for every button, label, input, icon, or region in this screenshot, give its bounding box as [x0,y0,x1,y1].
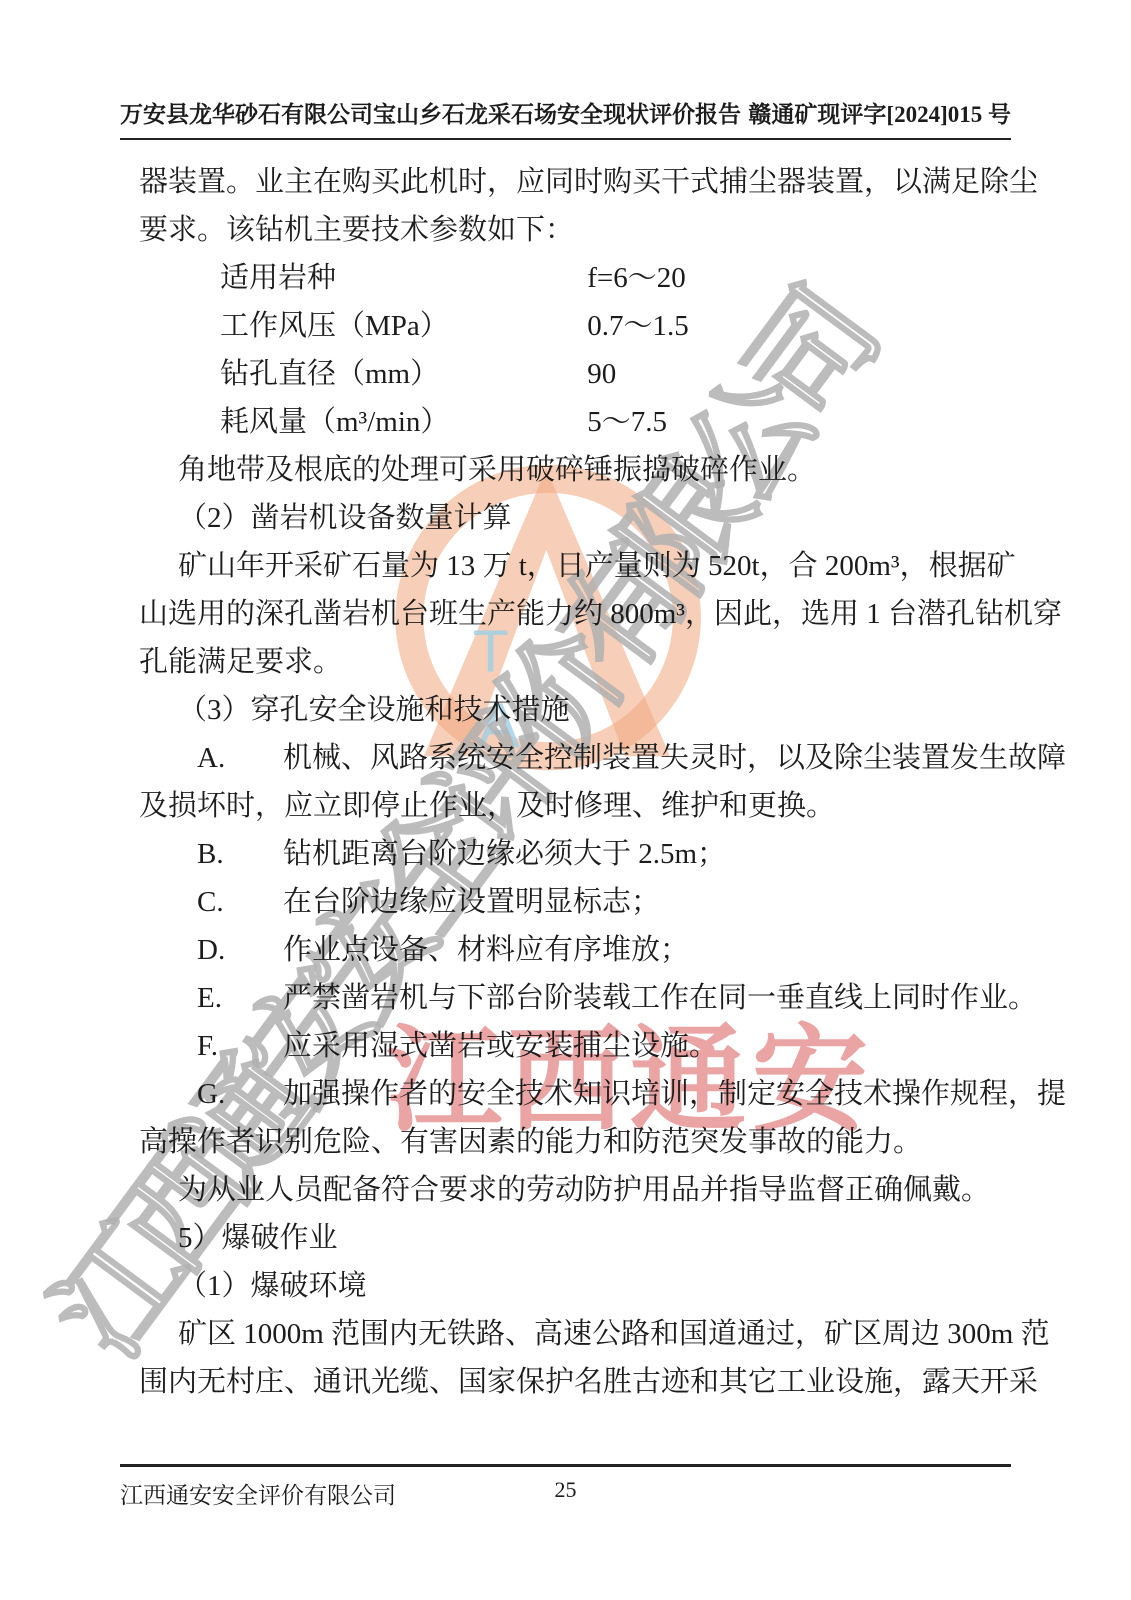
body-line: 山选用的深孔凿岩机台班生产能力约 800m³，因此，选用 1 台潜孔钻机穿 [139,590,1011,638]
list-marker: F. [197,1022,283,1070]
list-item: D.作业点设备、材料应有序堆放； [139,926,1011,974]
spec-value: 0.7～1.5 [587,310,689,342]
list-text: 加强操作者的安全技术知识培训，制定安全技术操作规程，提 [283,1078,1066,1110]
body-line: 高操作者识别危险、有害因素的能力和防范突发事故的能力。 [139,1118,1011,1166]
spec-value: 5～7.5 [587,406,667,438]
spec-label: 工作风压（MPa） [220,302,580,350]
list-marker: D. [197,926,283,974]
header-report-title: 万安县龙华砂石有限公司宝山乡石龙采石场安全现状评价报告 [120,100,741,130]
page-number: 25 [120,1477,1011,1503]
list-text: 严禁凿岩机与下部台阶装载工作在同一垂直线上同时作业。 [283,982,1037,1014]
section-heading: （3）穿孔安全设施和技术措施 [139,686,1011,734]
spec-label: 耗风量（m³/min） [220,398,580,446]
list-text: 在台阶边缘应设置明显标志； [283,886,660,918]
page-header: 万安县龙华砂石有限公司宝山乡石龙采石场安全现状评价报告 赣通矿现评字[2024]… [120,0,1011,130]
section-heading: （1）爆破环境 [139,1262,1011,1310]
spec-row: 钻孔直径（mm） 90 [139,350,1011,398]
list-item: A.机械、风路系统安全控制装置失灵时，以及除尘装置发生故障 [139,734,1011,782]
spec-row: 适用岩种 f=6～20 [139,254,1011,302]
list-marker: E. [197,974,283,1022]
page-footer: 25 江西通安安全评价有限公司 [120,1464,1011,1510]
section-heading: 5）爆破作业 [139,1214,1011,1262]
page-content: 万安县龙华砂石有限公司宝山乡石龙采石场安全现状评价报告 赣通矿现评字[2024]… [0,0,1131,1406]
list-item: G.加强操作者的安全技术知识培训，制定安全技术操作规程，提 [139,1070,1011,1118]
list-marker: C. [197,878,283,926]
body-line: 围内无村庄、通讯光缆、国家保护名胜古迹和其它工业设施，露天开采 [139,1358,1011,1406]
list-marker: A. [197,734,283,782]
section-heading: （2）凿岩机设备数量计算 [139,494,1011,542]
report-body: 器装置。业主在购买此机时，应同时购买干式捕尘器装置，以满足除尘 要求。该钻机主要… [139,158,1011,1406]
body-line: 要求。该钻机主要技术参数如下： [139,206,1011,254]
list-marker: G. [197,1070,283,1118]
list-item: F.应采用湿式凿岩或安装捕尘设施。 [139,1022,1011,1070]
list-item: C.在台阶边缘应设置明显标志； [139,878,1011,926]
spec-label: 钻孔直径（mm） [220,350,580,398]
header-rule [120,138,1011,140]
spec-value: f=6～20 [587,262,686,294]
body-line: 矿区 1000m 范围内无铁路、高速公路和国道通过，矿区周边 300m 范 [139,1310,1011,1358]
body-line: 器装置。业主在购买此机时，应同时购买干式捕尘器装置，以满足除尘 [139,158,1011,206]
body-line: 角地带及根底的处理可采用破碎锤振捣破碎作业。 [139,446,1011,494]
spec-row: 工作风压（MPa） 0.7～1.5 [139,302,1011,350]
footer-rule [120,1464,1011,1467]
header-doc-number: 赣通矿现评字[2024]015 号 [748,100,1011,130]
body-line: 孔能满足要求。 [139,638,1011,686]
body-line: 及损坏时，应立即停止作业，及时修理、维护和更换。 [139,782,1011,830]
list-text: 应采用湿式凿岩或安装捕尘设施。 [283,1030,718,1062]
spec-row: 耗风量（m³/min） 5～7.5 [139,398,1011,446]
list-text: 机械、风路系统安全控制装置失灵时，以及除尘装置发生故障 [283,742,1066,774]
list-marker: B. [197,830,283,878]
list-item: E.严禁凿岩机与下部台阶装载工作在同一垂直线上同时作业。 [139,974,1011,1022]
list-text: 作业点设备、材料应有序堆放； [283,934,689,966]
document-page: T A 江西通安安全评价有限公司 江西通安 万安县龙华砂石有限公司宝山乡石龙采石… [0,0,1131,1600]
list-text: 钻机距离台阶边缘必须大于 2.5m； [283,838,726,870]
body-line: 矿山年开采矿石量为 13 万 t，日产量则为 520t，合 200m³，根据矿 [139,542,1011,590]
body-line: 为从业人员配备符合要求的劳动防护用品并指导监督正确佩戴。 [139,1166,1011,1214]
list-item: B.钻机距离台阶边缘必须大于 2.5m； [139,830,1011,878]
spec-value: 90 [587,358,616,390]
spec-label: 适用岩种 [220,254,580,302]
